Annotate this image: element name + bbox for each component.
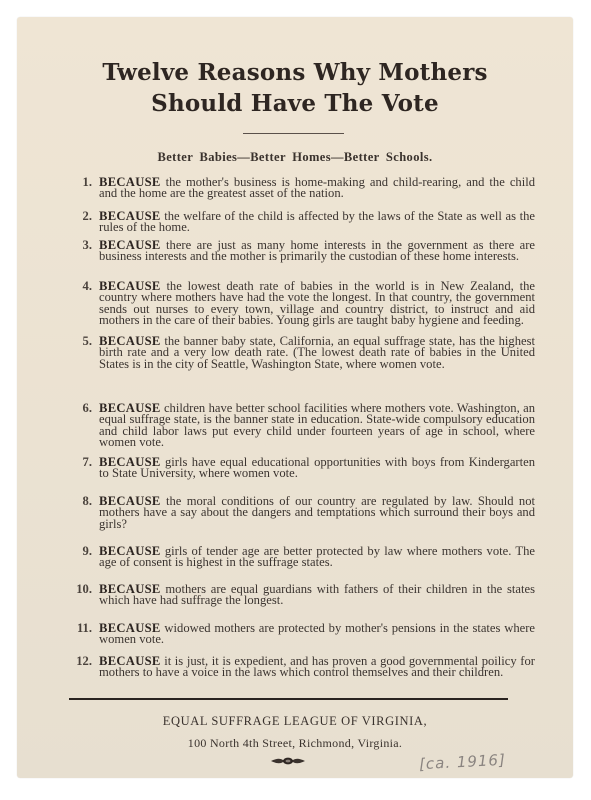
reason-number: 1. [62, 177, 92, 188]
reason-body: the mother's business is home-making and… [99, 175, 535, 200]
handwritten-date-note: [ca. 1916] [419, 751, 507, 774]
footer-address: 100 North 4th Street, Richmond, Virginia… [17, 736, 573, 751]
page-title: Twelve Reasons Why Mothers Should Have T… [17, 57, 573, 119]
reason-body: there are just as many home interests in… [99, 238, 535, 263]
reason-body: girls have equal educational opportuniti… [99, 455, 535, 480]
reason-number: 2. [62, 211, 92, 222]
subtitle: Better Babies—Better Homes—Better School… [17, 150, 573, 165]
reason-body: the lowest death rate of babies in the w… [99, 279, 535, 327]
reason-body: the welfare of the child is affected by … [99, 209, 535, 234]
leaflet-page: Twelve Reasons Why Mothers Should Have T… [17, 17, 573, 778]
reason-text: BECAUSE mothers are equal guardians with… [99, 584, 535, 607]
title-line-2: Should Have The Vote [17, 88, 573, 119]
title-divider [243, 133, 344, 134]
reason-number: 7. [62, 457, 92, 468]
reason-text: BECAUSE the mother's business is home-ma… [99, 177, 535, 200]
footer-divider [69, 698, 508, 700]
reason-body: children have better school facilities w… [99, 401, 535, 449]
reason-text: BECAUSE it is just, it is expedient, and… [99, 656, 535, 679]
reason-body: mothers are equal guardians with fathers… [99, 582, 535, 607]
reason-number: 11. [62, 623, 92, 634]
title-line-1: Twelve Reasons Why Mothers [17, 57, 573, 88]
reason-text: BECAUSE widowed mothers are protected by… [99, 623, 535, 646]
reason-number: 8. [62, 496, 92, 507]
reason-body: widowed mothers are protected by mother'… [99, 621, 535, 646]
reason-text: BECAUSE girls have equal educational opp… [99, 457, 535, 480]
reason-number: 5. [62, 336, 92, 347]
reason-number: 4. [62, 281, 92, 292]
reason-body: girls of tender age are better protected… [99, 544, 535, 569]
reason-number: 12. [62, 656, 92, 667]
reason-number: 10. [62, 584, 92, 595]
reason-number: 9. [62, 546, 92, 557]
reason-body: it is just, it is expedient, and has pro… [99, 654, 535, 679]
reason-text: BECAUSE the banner baby state, Californi… [99, 336, 535, 370]
reason-text: BECAUSE children have better school faci… [99, 403, 535, 448]
reason-body: the banner baby state, California, an eq… [99, 334, 535, 371]
reason-number: 3. [62, 240, 92, 251]
reason-text: BECAUSE girls of tender age are better p… [99, 546, 535, 569]
reason-text: BECAUSE the lowest death rate of babies … [99, 281, 535, 326]
reason-text: BECAUSE the welfare of the child is affe… [99, 211, 535, 234]
reason-body: the moral conditions of our country are … [99, 494, 535, 531]
reason-number: 6. [62, 403, 92, 414]
reason-text: BECAUSE the moral conditions of our coun… [99, 496, 535, 530]
printer-ornament-icon [271, 756, 305, 766]
footer-organization: EQUAL SUFFRAGE LEAGUE OF VIRGINIA, [17, 714, 573, 729]
reason-text: BECAUSE there are just as many home inte… [99, 240, 535, 263]
